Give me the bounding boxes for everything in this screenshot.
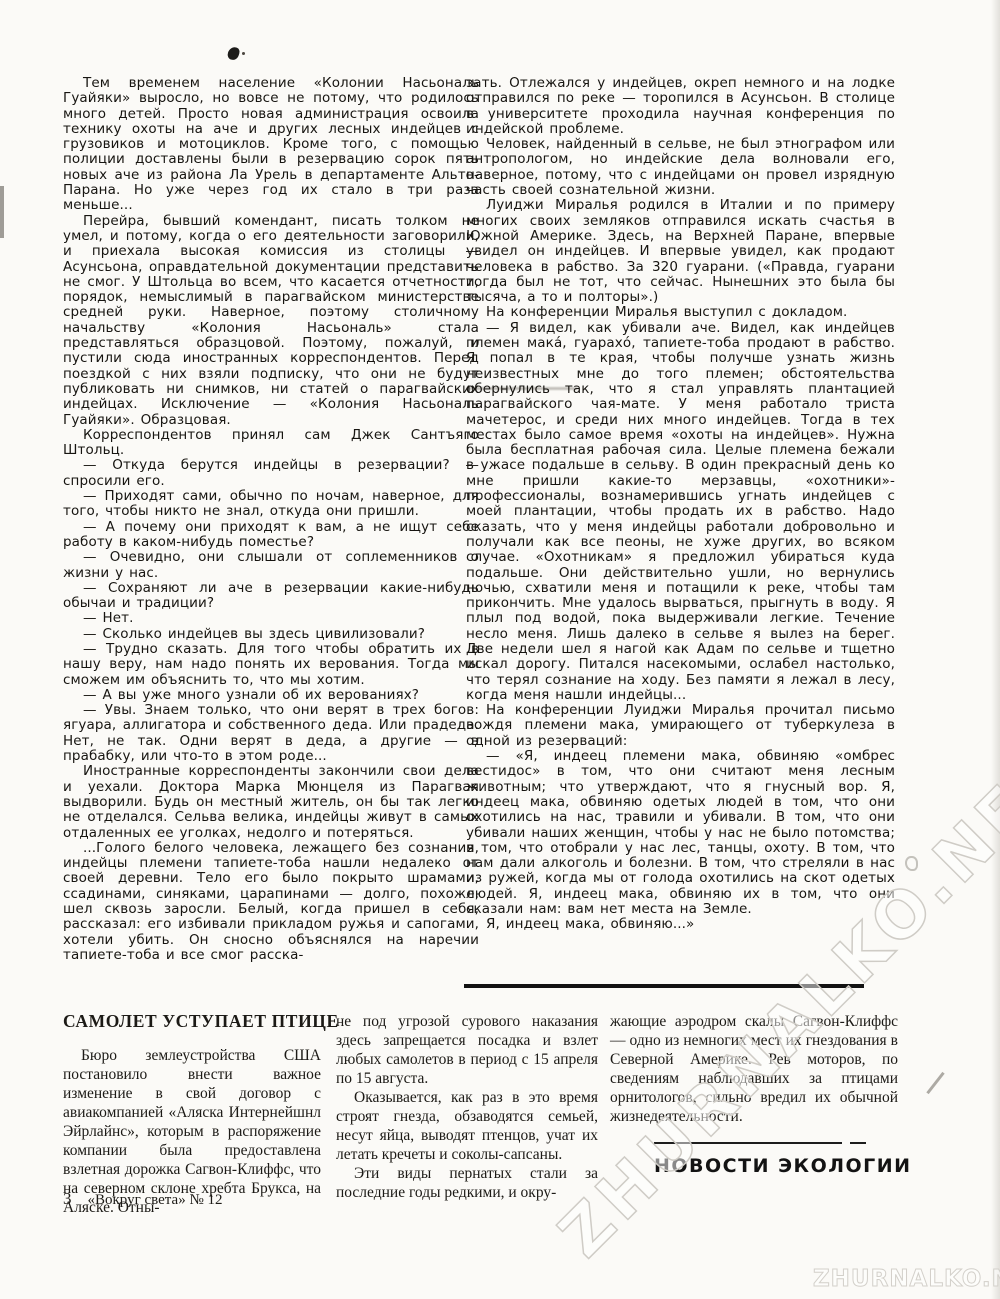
paragraph: — А вы уже много узнали об их верованиях…	[63, 688, 479, 703]
paragraph: Оказывается, как раз в это время строят …	[336, 1088, 598, 1164]
right-edge-shading	[991, 0, 1000, 1299]
paragraph: — Откуда берутся индейцы в резервации? —…	[63, 458, 479, 489]
bird-article-column-1: САМОЛЕТ УСТУПАЕТ ПТИЦЕ Бюро землеустройс…	[63, 1012, 321, 1217]
paragraph: На конференции Луиджи Миралья прочитал п…	[466, 703, 895, 749]
right-margin-scan-mark	[926, 1072, 944, 1094]
paragraph: Корреспондентов принял сам Джек Сантъяго…	[63, 428, 479, 459]
paragraph: На конференции Миралья выступил с доклад…	[466, 305, 895, 320]
paragraph: — А почему они приходят к вам, а не ищут…	[63, 520, 479, 551]
paragraph: Тем временем население «Колонии Насьонал…	[63, 76, 479, 214]
paragraph: зать. Отлежался у индейцев, окреп немног…	[466, 76, 895, 137]
paragraph: — Сколько индейцев вы здесь цивилизовали…	[63, 627, 479, 642]
page-number: 3	[63, 1189, 72, 1208]
paragraph: — «Я, индеец племени мака, обвиняю «омбр…	[466, 749, 895, 917]
ink-blot-artifact	[226, 46, 240, 62]
paragraph: Человек, найденный в сельве, не был этно…	[466, 137, 895, 198]
paragraph: не под угрозой сурового наказания здесь …	[336, 1012, 598, 1088]
paragraph: — Очевидно, они слышали от соплеменников…	[63, 550, 479, 581]
paragraph: — Нет.	[63, 611, 479, 626]
paragraph: — Увы. Знаем только, что они верят в тре…	[63, 703, 479, 764]
paragraph: — Я видел, как убивали аче. Видел, как и…	[466, 321, 895, 703]
right-margin-pen-mark	[905, 856, 918, 871]
magazine-issue-label: «Вокруг света» № 12	[88, 1192, 223, 1208]
paragraph: Эти виды пернатых стали за последние год…	[336, 1164, 598, 1202]
bird-article-column-3: жающие аэродром скалы Сагвон-Клиффс — од…	[610, 1012, 898, 1176]
rule-short-segment	[850, 1142, 866, 1144]
paragraph: — Сохраняют ли аче в резервации какие-ни…	[63, 581, 479, 612]
left-edge-scan-mark	[0, 186, 4, 238]
rule-long-segment	[654, 1142, 842, 1144]
bird-article-column-3-text: жающие аэродром скалы Сагвон-Клиффс — од…	[610, 1012, 898, 1126]
main-article-right-column: зать. Отлежался у индейцев, окреп немног…	[466, 76, 895, 933]
paragraph: — Трудно сказать. Для того чтобы обратит…	[63, 642, 479, 688]
main-article-left-column: Тем временем население «Колонии Насьонал…	[63, 76, 479, 963]
paragraph: Перейра, бывший комендант, писать толком…	[63, 214, 479, 428]
paragraph: ...Голого белого человека, лежащего без …	[63, 841, 479, 963]
paragraph: жающие аэродром скалы Сагвон-Клиффс — од…	[610, 1012, 898, 1126]
paragraph: Иностранные корреспонденты закончили сво…	[63, 764, 479, 840]
bird-article-column-2: не под угрозой сурового наказания здесь …	[336, 1012, 598, 1202]
paragraph: Я, индеец мака, обвиняю...»	[466, 917, 895, 932]
bird-article-headline: САМОЛЕТ УСТУПАЕТ ПТИЦЕ	[63, 1012, 321, 1031]
magazine-page-scan: Тем временем население «Колонии Насьонал…	[0, 0, 1000, 1299]
ecology-news-heading: НОВОСТИ ЭКОЛОГИИ	[654, 1157, 898, 1176]
page-footer: 3«Вокруг света» № 12	[63, 1189, 223, 1209]
ecology-news-rule	[654, 1142, 898, 1144]
paragraph: — Приходят сами, обычно по ночам, наверн…	[63, 489, 479, 520]
bottom-watermark: ZHURNALKO.NET	[813, 1266, 1000, 1292]
section-divider-rule	[464, 984, 864, 988]
paragraph: Луиджи Миралья родился в Италии и по при…	[466, 198, 895, 305]
ink-speck-artifact	[242, 52, 245, 55]
